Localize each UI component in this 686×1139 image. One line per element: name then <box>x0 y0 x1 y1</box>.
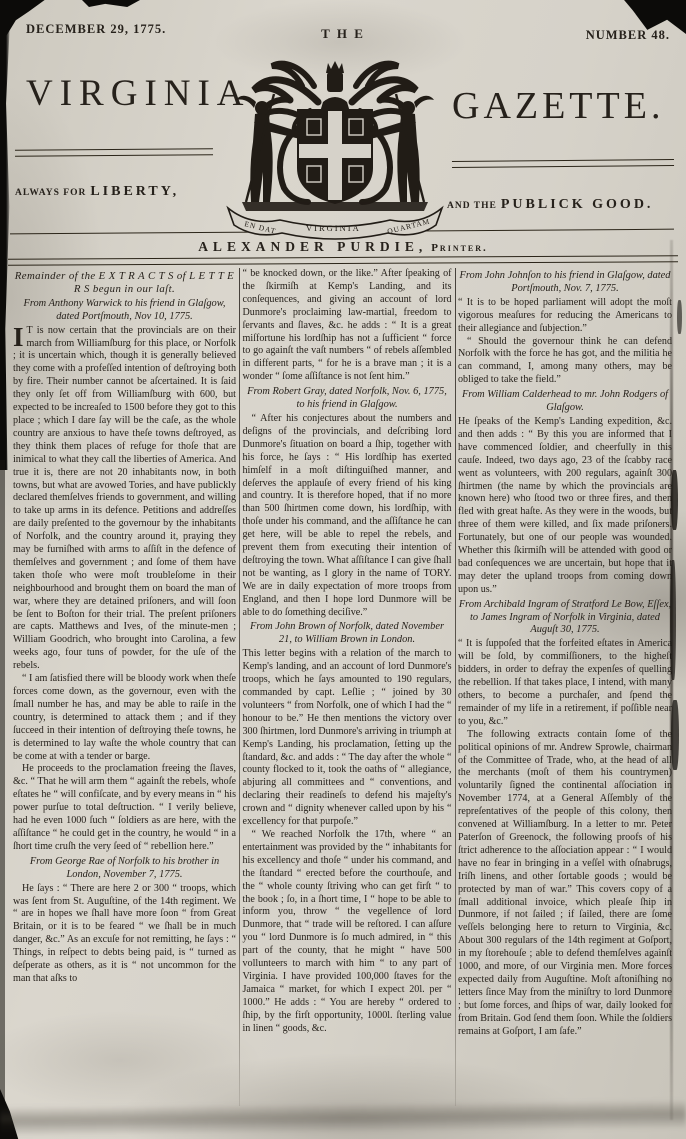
letter-paragraph: The following extracts contain ſome of t… <box>458 729 672 1039</box>
body-columns: Remainder of the E X T R A C T S of L E … <box>13 268 672 1106</box>
letter-paragraph: He ſpeaks of the Kemp's Landing expediti… <box>458 416 672 597</box>
motto-left-big: LIBERTY, <box>90 184 179 199</box>
motto-right-big: PUBLICK GOOD. <box>501 197 654 212</box>
letter-paragraph: “ I am ſatisfied there will be bloody wo… <box>13 673 236 763</box>
letter-heading: From John Brown of Norfolk, dated Novemb… <box>243 621 452 647</box>
letter-paragraph: IT is now certain that the provincials a… <box>13 325 236 673</box>
title-gazette: GAZETTE. <box>452 84 664 128</box>
motto-right: AND THE PUBLICK GOOD. <box>447 195 653 213</box>
motto-left-small: ALWAYS FOR <box>15 188 86 198</box>
drop-cap: I <box>13 325 27 348</box>
column-2: “ be knocked down, or the like.” After ſ… <box>243 268 452 1106</box>
letter-heading: From William Calderhead to mr. John Rodg… <box>458 389 672 415</box>
masthead: DECEMBER 29, 1775. T H E NUMBER 48. VIRG… <box>0 0 686 266</box>
letter-paragraph: “ After his conjectures about the number… <box>243 413 452 620</box>
coat-of-arms-icon: EN DAT VIRGINIA QUARTAM <box>210 48 460 242</box>
paper-crease-right <box>670 240 673 1120</box>
left-double-rule <box>15 148 213 156</box>
letter-paragraph: He ſays : “ There are here 2 or 300 “ tr… <box>13 883 236 986</box>
letter-heading: From George Rae of Norfolk to his brothe… <box>13 856 236 882</box>
section-heading: Remainder of the E X T R A C T S of L E … <box>13 270 236 296</box>
motto-left: ALWAYS FOR LIBERTY, <box>15 182 179 200</box>
column-divider <box>455 268 456 1106</box>
printer-title: Printer. <box>431 242 488 254</box>
crest-motto-center: VIRGINIA <box>306 223 361 233</box>
column-3: From John Johnſon to his friend in Glaſg… <box>458 268 672 1106</box>
ink-blotch <box>671 470 678 530</box>
letter-heading: From John Johnſon to his friend in Glaſg… <box>458 270 672 296</box>
paper-crease-bottom <box>0 1099 686 1136</box>
ink-blotch <box>670 560 676 680</box>
letter-paragraph: “ It is to be hoped parliament will adop… <box>458 297 672 336</box>
letter-paragraph: “ We reached Norfolk the 17th, where “ a… <box>243 829 452 1036</box>
issue-number: NUMBER 48. <box>586 28 670 43</box>
letter-heading: From Robert Gray, dated Norfolk, Nov. 6,… <box>243 386 452 412</box>
letter-heading: From Archibald Ingram of Stratford Le Bo… <box>458 599 672 638</box>
the-label: T H E <box>0 26 686 42</box>
letter-paragraph: “ be knocked down, or the like.” After ſ… <box>243 268 452 384</box>
letter-paragraph: This letter begins with a relation of th… <box>243 648 452 829</box>
letter-paragraph: “ Should the governour think he can defe… <box>458 336 672 388</box>
ink-blotch <box>677 300 682 334</box>
letter-paragraph: He proceeds to the proclamation freeing … <box>13 763 236 853</box>
torn-edge-left-lower <box>0 460 5 1139</box>
letter-paragraph: “ It is ſuppoſed that the forfeited eſta… <box>458 638 672 728</box>
ink-blotch <box>671 700 679 770</box>
newspaper-page: DECEMBER 29, 1775. T H E NUMBER 48. VIRG… <box>0 0 686 1139</box>
letter-heading: From Anthony Warwick to his friend in Gl… <box>13 298 236 324</box>
right-double-rule <box>452 159 674 168</box>
column-divider <box>239 268 240 1106</box>
masthead-bottom-rule <box>8 255 678 266</box>
column-1: Remainder of the E X T R A C T S of L E … <box>13 268 236 1106</box>
